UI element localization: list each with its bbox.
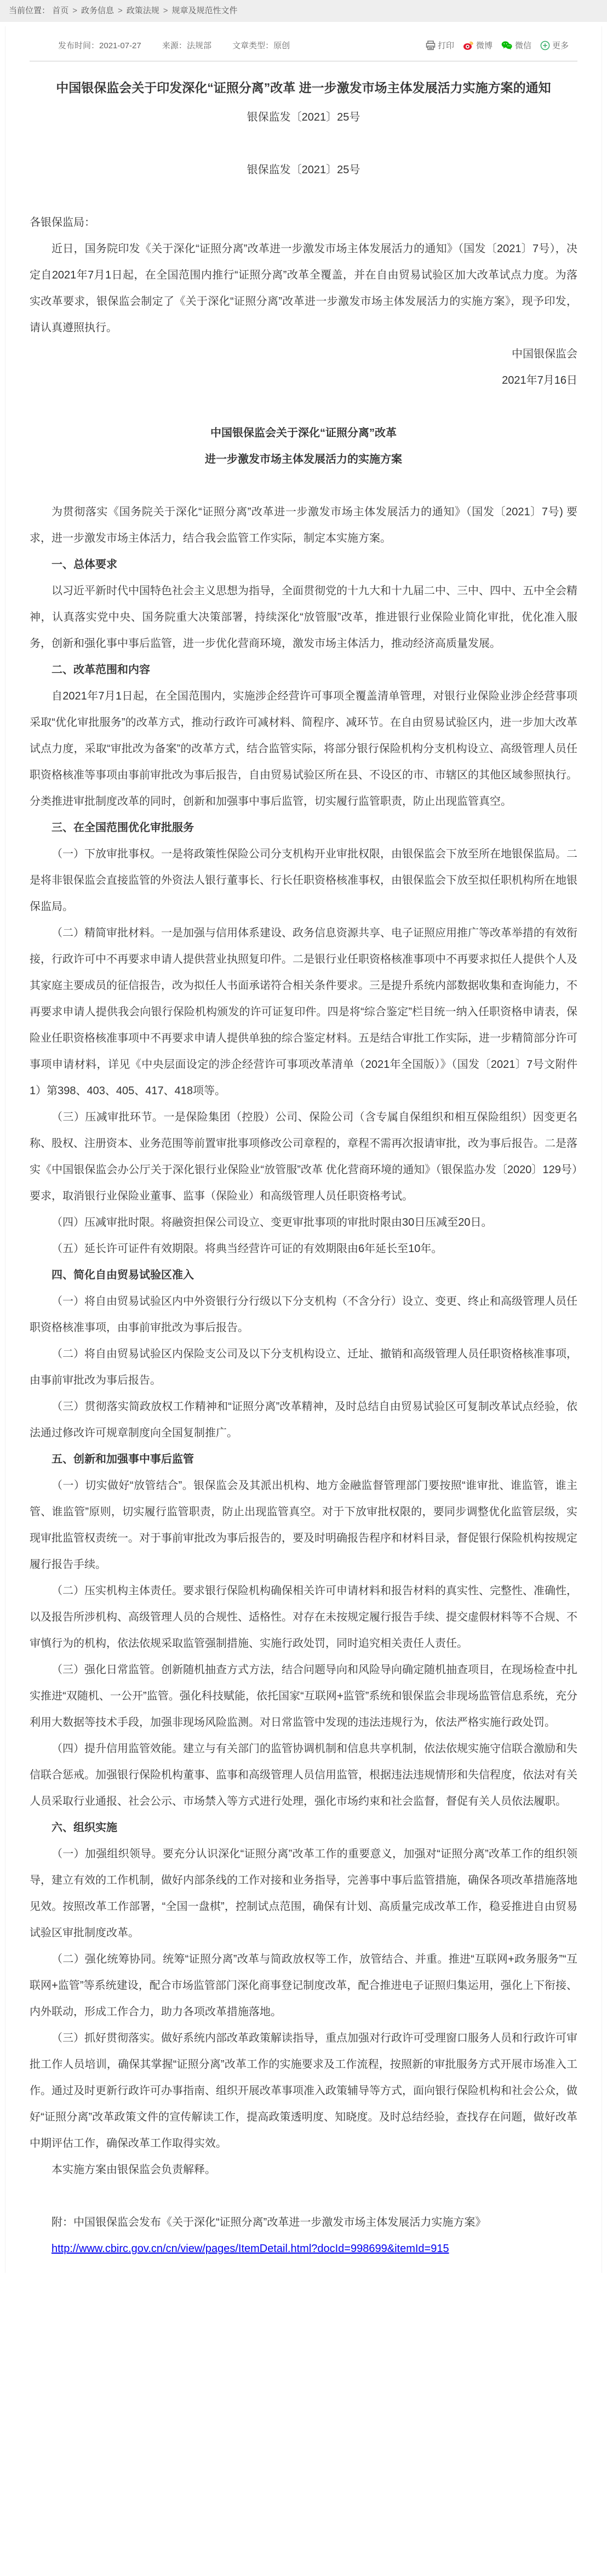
subdoc-title: 进一步激发市场主体发展活力的实施方案 bbox=[30, 446, 577, 473]
body-paragraph: （一）将自由贸易试验区内中外资银行分行级以下分支机构（不含分行）设立、变更、终止… bbox=[30, 1288, 577, 1341]
article-type-label: 文章类型： bbox=[232, 41, 273, 50]
body-paragraph: （三）压减审批环节。一是保险集团（控股）公司、保险公司（含专属自保组织和相互保险… bbox=[30, 1104, 577, 1209]
share-toolbar: 打印 微博 微信 更多 bbox=[426, 39, 569, 51]
wechat-button-label: 微信 bbox=[515, 39, 531, 51]
signature-line: 2021年7月16日 bbox=[30, 367, 577, 394]
print-button[interactable]: 打印 bbox=[426, 39, 454, 51]
article-type-value: 原创 bbox=[273, 41, 290, 50]
section-heading: 六、组织实施 bbox=[30, 1815, 577, 1841]
breadcrumb-link[interactable]: 规章及规范性文件 bbox=[172, 6, 238, 15]
page-title: 中国银保监会关于印发深化“证照分离”改革 进一步激发市场主体发展活力实施方案的通… bbox=[46, 78, 561, 98]
article-body: 银保监发〔2021〕25号各银保监局：近日，国务院印发《关于深化“证照分离”改革… bbox=[30, 157, 577, 2262]
body-paragraph: （五）延长许可证件有效期限。将典当经营许可证的有效期限由6年延长至10年。 bbox=[30, 1236, 577, 1262]
subdoc-title: 中国银保监会关于深化“证照分离”改革 bbox=[30, 420, 577, 446]
publish-time-label: 发布时间： bbox=[58, 41, 99, 50]
body-paragraph: 为贯彻落实《国务院关于深化“证照分离”改革进一步激发市场主体发展活力的通知》（国… bbox=[30, 499, 577, 551]
spacer bbox=[30, 394, 577, 420]
article: 中国银保监会关于印发深化“证照分离”改革 进一步激发市场主体发展活力实施方案的通… bbox=[5, 61, 602, 2273]
breadcrumb-separator: > bbox=[163, 6, 168, 15]
body-paragraph: 本实施方案由银保监会负责解释。 bbox=[30, 2157, 577, 2183]
weibo-icon bbox=[463, 41, 474, 50]
body-paragraph: 自2021年7月1日起，在全国范围内，实施涉企经营许可事项全覆盖清单管理，对银行… bbox=[30, 683, 577, 815]
breadcrumb-link[interactable]: 政务信息 bbox=[81, 6, 114, 15]
spacer bbox=[30, 183, 577, 209]
spacer bbox=[30, 2183, 577, 2209]
wechat-icon bbox=[501, 41, 513, 50]
weibo-share-button[interactable]: 微博 bbox=[463, 39, 493, 51]
breadcrumb-link[interactable]: 政策法规 bbox=[127, 6, 159, 15]
body-paragraph: （一）下放审批事权。一是将政策性保险公司分支机构开业审批权限，由银保监会下放至所… bbox=[30, 841, 577, 920]
signature-line: 中国银保监会 bbox=[30, 341, 577, 367]
body-paragraph: （一）切实做好“放管结合”。银保监会及其派出机构、地方金融监督管理部门要按照“谁… bbox=[30, 1472, 577, 1578]
salutation: 各银保监局： bbox=[30, 209, 577, 236]
wechat-share-button[interactable]: 微信 bbox=[501, 39, 531, 51]
body-paragraph: （二）压实机构主体责任。要求银行保险机构确保相关许可申请材料和报告材料的真实性、… bbox=[30, 1578, 577, 1657]
plus-circle-icon bbox=[540, 41, 550, 50]
print-button-label: 打印 bbox=[438, 39, 454, 51]
section-heading: 二、改革范围和内容 bbox=[30, 657, 577, 683]
doc-number: 银保监发〔2021〕25号 bbox=[30, 104, 577, 130]
publish-time: 发布时间：2021-07-27 bbox=[58, 41, 141, 50]
body-paragraph: 附：中国银保监会发布《关于深化“证照分离”改革进一步激发市场主体发展活力实施方案… bbox=[30, 2209, 577, 2236]
spacer bbox=[30, 130, 577, 157]
section-heading: 五、创新和加强事中事后监管 bbox=[30, 1446, 577, 1472]
breadcrumb-label: 当前位置： bbox=[9, 6, 50, 15]
body-paragraph: （三）强化日常监管。创新随机抽查方式方法，结合问题导向和风险导向确定随机抽查项目… bbox=[30, 1657, 577, 1736]
body-paragraph: （二）精简审批材料。一是加强与信用体系建设、政务信息资源共享、电子证照应用推广等… bbox=[30, 920, 577, 1104]
source-label: 来源： bbox=[162, 41, 187, 50]
breadcrumb: 当前位置： 首页>政务信息>政策法规>规章及规范性文件 bbox=[0, 0, 607, 22]
body-paragraph: （二）将自由贸易试验区内保险支公司及以下分支机构设立、迁址、撤销和高级管理人员任… bbox=[30, 1341, 577, 1394]
breadcrumb-separator: > bbox=[72, 6, 77, 15]
content-panel: 发布时间：2021-07-27 来源：法规部 文章类型：原创 打印 微博 bbox=[5, 26, 602, 2273]
spacer bbox=[30, 473, 577, 499]
body-paragraph: （三）贯彻落实简政放权工作精神和“证照分离”改革精神，及时总结自由贸易试验区可复… bbox=[30, 1394, 577, 1446]
section-heading: 一、总体要求 bbox=[30, 551, 577, 578]
more-share-button[interactable]: 更多 bbox=[540, 39, 569, 51]
article-type: 文章类型：原创 bbox=[232, 41, 290, 50]
body-paragraph: 近日，国务院印发《关于深化“证照分离”改革进一步激发市场主体发展活力的通知》（国… bbox=[30, 236, 577, 341]
doc-number: 银保监发〔2021〕25号 bbox=[30, 157, 577, 183]
body-paragraph: （一）加强组织领导。要充分认识深化“证照分离”改革工作的重要意义，加强对“证照分… bbox=[30, 1841, 577, 1946]
breadcrumb-link[interactable]: 首页 bbox=[52, 6, 68, 15]
attachment-link-line: http://www.cbirc.gov.cn/cn/view/pages/It… bbox=[30, 2236, 577, 2262]
body-paragraph: （四）提升信用监管效能。建立与有关部门的监管协调机制和信息共享机制，依法依规实施… bbox=[30, 1736, 577, 1815]
printer-icon bbox=[426, 41, 436, 50]
attachment-url-link[interactable]: http://www.cbirc.gov.cn/cn/view/pages/It… bbox=[51, 2243, 449, 2255]
section-heading: 三、在全国范围优化审批服务 bbox=[30, 815, 577, 841]
body-paragraph: （三）抓好贯彻落实。做好系统内部改革政策解读指导，重点加强对行政许可受理窗口服务… bbox=[30, 2025, 577, 2157]
body-paragraph: （二）强化统筹协同。统筹“证照分离”改革与简政放权等工作，放管结合、并重。推进“… bbox=[30, 1946, 577, 2025]
more-button-label: 更多 bbox=[552, 39, 569, 51]
publish-time-value: 2021-07-27 bbox=[99, 41, 141, 50]
source: 来源：法规部 bbox=[162, 41, 211, 50]
breadcrumb-separator: > bbox=[118, 6, 123, 15]
source-value: 法规部 bbox=[187, 41, 211, 50]
body-paragraph: 以习近平新时代中国特色社会主义思想为指导，全面贯彻党的十九大和十九届二中、三中、… bbox=[30, 578, 577, 657]
article-meta-row: 发布时间：2021-07-27 来源：法规部 文章类型：原创 打印 微博 bbox=[5, 26, 602, 61]
body-paragraph: （四）压减审批时限。将融资担保公司设立、变更审批事项的审批时限由30日压减至20… bbox=[30, 1209, 577, 1236]
section-heading: 四、简化自由贸易试验区准入 bbox=[30, 1262, 577, 1288]
weibo-button-label: 微博 bbox=[476, 39, 493, 51]
article-meta: 发布时间：2021-07-27 来源：法规部 文章类型：原创 bbox=[58, 39, 308, 51]
